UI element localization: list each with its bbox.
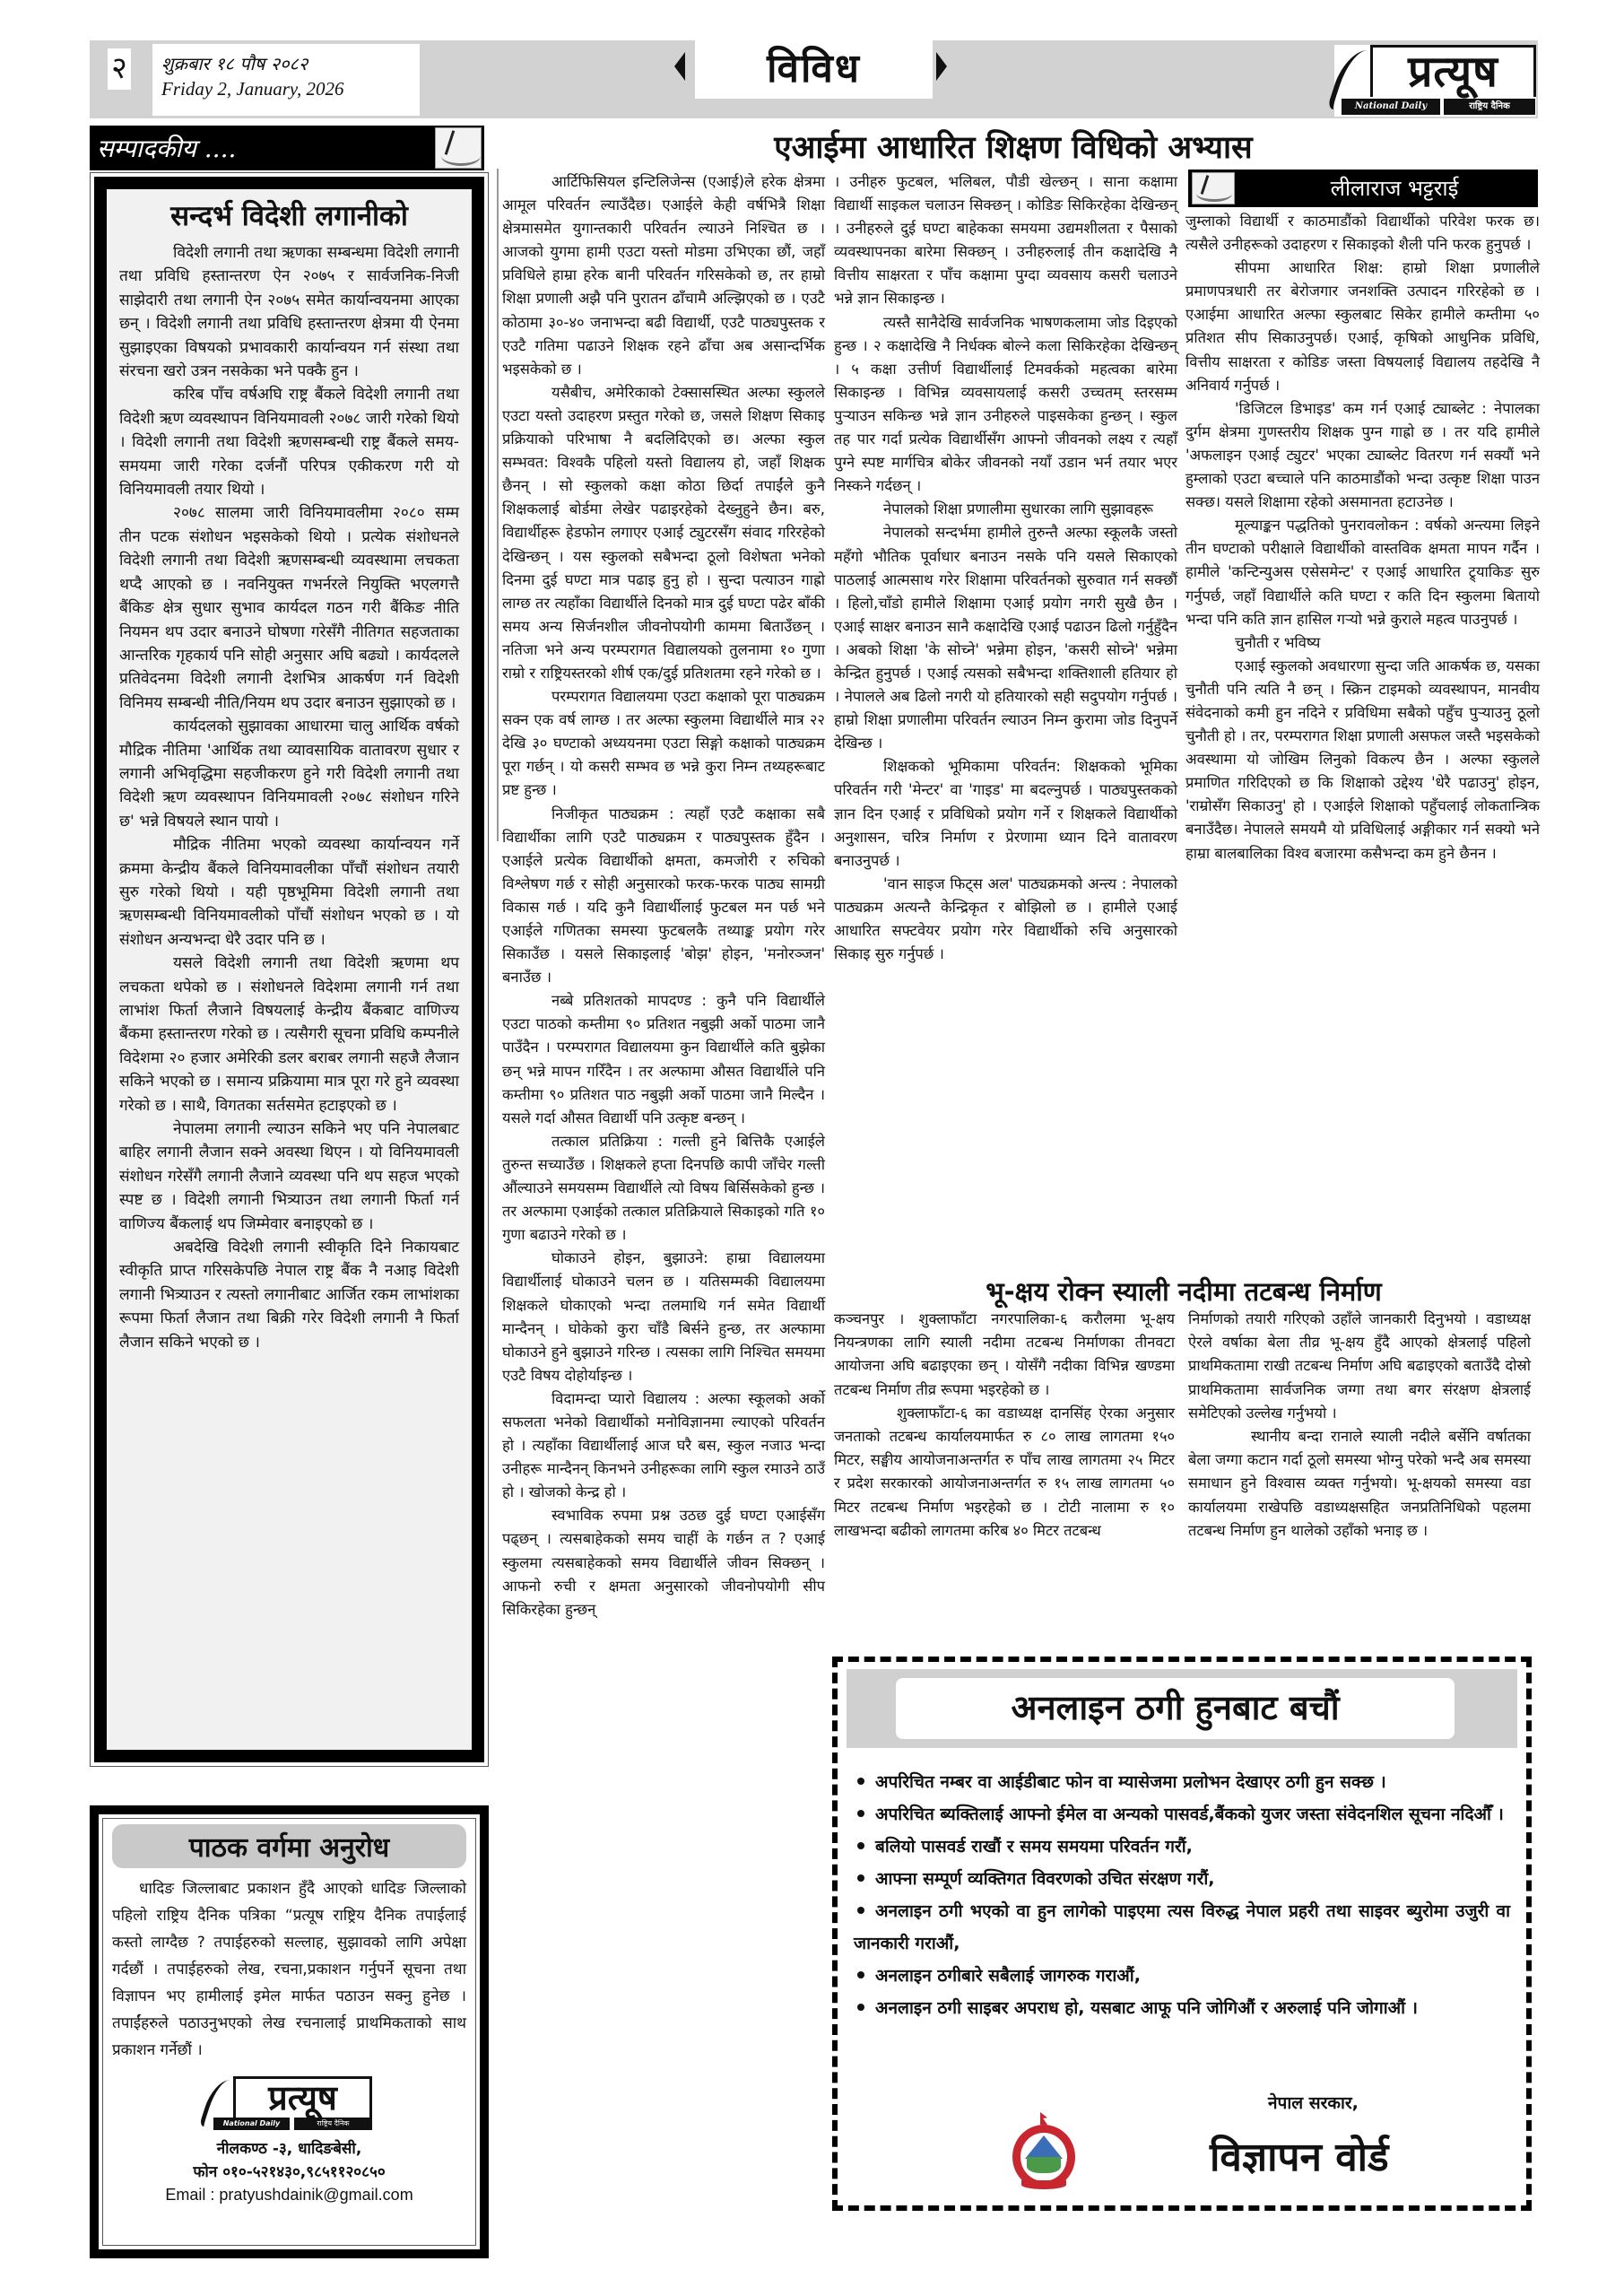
- article-paragraph: शिक्षकको भूमिकामा परिवर्तन: शिक्षकको भूम…: [834, 755, 1177, 872]
- ad-gov-label: नेपाल सरकार,: [1268, 2091, 1359, 2114]
- reader-request-box: पाठक वर्गमा अनुरोध धादिङ जिल्लाबाट प्रका…: [90, 1805, 489, 2258]
- article-column-2: । उनीहरु फुटबल, भलिबल, पौडी खेल्छन् । सा…: [834, 170, 1177, 966]
- ad-tip: अनलाइन ठगी भएको वा हुन लागेको पाइएमा त्य…: [854, 1895, 1510, 1960]
- date-nepali: शुक्रबार १८ पौष २०८२: [161, 51, 411, 76]
- arrow-left-icon: [674, 52, 685, 81]
- ad-tip: अनलाइन ठगीबारे सबैलाई जागरुक गराऔं,: [854, 1960, 1510, 1992]
- bullet-icon: [857, 2004, 864, 2011]
- logo-tag-nepali: राष्ट्रिय दैनिक: [1444, 99, 1535, 115]
- editorial-paragraph: मौद्रिक नीतिमा भएको व्यवस्था कार्यान्वयन…: [119, 833, 459, 952]
- editorial-paragraph: यसले विदेशी लगानी तथा विदेशी ऋणमा थप लचक…: [119, 952, 459, 1118]
- reader-request-title: पाठक वर्गमा अनुरोध: [112, 1824, 466, 1868]
- article-paragraph: सीपमा आधारित शिक्ष: हाम्रो शिक्षा प्रणाल…: [1185, 257, 1540, 397]
- logo-tag-english: National Daily: [1342, 99, 1440, 115]
- ad-tip: आफ्ना सम्पूर्ण व्यक्तिगत विवरणको उचित सं…: [854, 1863, 1510, 1895]
- article-paragraph: निजीकृत पाठ्यक्रम : त्यहाँ एउटै कक्षाका …: [502, 803, 825, 990]
- arrow-right-icon: [936, 52, 947, 81]
- ad-tip: बलियो पासवर्ड राखौं र समय समयमा परिवर्तन…: [854, 1831, 1510, 1863]
- bullet-icon: [857, 1810, 864, 1817]
- editorial-box: सन्दर्भ विदेशी लगानीको विदेशी लगानी तथा …: [90, 172, 489, 1767]
- page-number: २: [108, 48, 131, 90]
- article-paragraph: निर्माणको तयारी गरिएको उहाँले जानकारी दि…: [1188, 1308, 1531, 1425]
- ad-title: अनलाइन ठगी हुनबाट बचौं: [896, 1678, 1455, 1739]
- date-english: Friday 2, January, 2026: [161, 76, 411, 101]
- column-divider: [497, 169, 499, 841]
- ad-board-label: विज्ञापन वोर्ड: [1210, 2128, 1389, 2182]
- article-subheading: नेपालको शिक्षा प्रणालीमा सुधारका लागि सु…: [834, 498, 1177, 521]
- article-paragraph: मूल्याङ्कन पद्धतिको पुनरावलोकन : वर्षको …: [1185, 514, 1540, 631]
- bullet-icon: [857, 1842, 864, 1849]
- bullet-icon: [857, 1778, 864, 1785]
- article-paragraph: । उनीहरु फुटबल, भलिबल, पौडी खेल्छन् । सा…: [834, 170, 1177, 311]
- pen-icon: [1192, 172, 1235, 204]
- section-title: विविध: [695, 40, 933, 98]
- ad-tip: अपरिचित ब्यक्तिलाई आफ्नो ईमेल वा अन्यको …: [854, 1798, 1510, 1831]
- river-article-column-1: कञ्चनपुर । शुक्लाफाँटा नगरपालिका-६ करौलम…: [834, 1308, 1175, 1543]
- editorial-body: विदेशी लगानी तथा ऋणका सम्बन्धमा विदेशी ल…: [119, 241, 459, 1354]
- river-article-column-2: निर्माणको तयारी गरिएको उहाँले जानकारी दि…: [1188, 1308, 1531, 1543]
- editorial-banner: सम्पादकीय ....: [90, 126, 484, 170]
- article-paragraph: घोकाउने होइन, बुझाउने: हाम्रा विद्यालयमा…: [502, 1247, 825, 1387]
- ad-tip: अनलाइन ठगी साइबर अपराध हो, यसबाट आफू पनि…: [854, 1992, 1510, 2024]
- article-paragraph: शुक्लाफाँटा-६ का वडाध्यक्ष दानसिंह ऐरका …: [834, 1402, 1175, 1543]
- logo-tag-english: National Daily: [213, 2118, 290, 2130]
- article-paragraph: 'वान साइज फिट्स अल' पाठ्यक्रमको अन्त्य :…: [834, 873, 1177, 966]
- article-paragraph: स्वभाविक रुपमा प्रश्न उठछ दुई घण्टा एआईस…: [502, 1504, 825, 1621]
- contact-address: नीलकण्ठ -३, धादिङबेसी,: [112, 2137, 466, 2161]
- advertisement-box: अनलाइन ठगी हुनबाट बचौं अपरिचित नम्बर वा …: [832, 1657, 1532, 2211]
- article-column-3: जुम्लाको विद्यार्थी र काठमाडौंको विद्यार…: [1185, 210, 1540, 865]
- editorial-title: सन्दर्भ विदेशी लगानीको: [119, 196, 459, 234]
- article-paragraph: यसैबीच, अमेरिकाको टेक्सासस्थित अल्फा स्क…: [502, 381, 825, 685]
- article-paragraph: 'डिजिटल डिभाइड' कम गर्न एआई ट्याब्लेट : …: [1185, 397, 1540, 514]
- logo-wordmark: प्रत्यूष: [1370, 45, 1536, 97]
- article-paragraph: त्यस्तै सानैदेखि सार्वजनिक भाषणकलामा जोड…: [834, 311, 1177, 499]
- article-paragraph: जुम्लाको विद्यार्थी र काठमाडौंको विद्यार…: [1185, 210, 1540, 257]
- editorial-label: सम्पादकीय ....: [97, 131, 236, 165]
- newspaper-logo: प्रत्यूष National Daily राष्ट्रिय दैनिक: [1334, 45, 1536, 117]
- article-paragraph: एआई स्कुलको अवधारणा सुन्दा जति आकर्षक छ,…: [1185, 655, 1540, 865]
- article-paragraph: कञ्चनपुर । शुक्लाफाँटा नगरपालिका-६ करौलम…: [834, 1308, 1175, 1402]
- logo-tag-nepali: राष्ट्रिय दैनिक: [294, 2118, 372, 2130]
- bullet-icon: [857, 1907, 864, 1914]
- river-article-headline: भू-क्षय रोक्न स्याली नदीमा तटबन्ध निर्मा…: [834, 1274, 1533, 1309]
- nepal-emblem-icon: [1012, 2112, 1075, 2195]
- article-paragraph: नब्बे प्रतिशतको मापदण्ड : कुनै पनि विद्य…: [502, 989, 825, 1130]
- author-byline: लीलाराज भट्टराई: [1188, 170, 1538, 207]
- editorial-paragraph: २०७८ सालमा जारी विनियमावलीमा २०८० सम्म त…: [119, 501, 459, 715]
- article-paragraph: आर्टिफिसियल इन्टिलिजेन्स (एआई)ले हरेक क्…: [502, 170, 825, 381]
- newspaper-logo-small: प्रत्यूष National Daily राष्ट्रिय दैनिक: [206, 2076, 372, 2132]
- editorial-paragraph: कार्यदलको सुझावका आधारमा चालु आर्थिक वर्…: [119, 715, 459, 833]
- ad-header: अनलाइन ठगी हुनबाट बचौं: [847, 1669, 1517, 1748]
- article-paragraph: परम्परागत विद्यालयमा एउटा कक्षाको पूरा प…: [502, 685, 825, 802]
- date-box: शुक्रबार १८ पौष २०८२ Friday 2, January, …: [152, 44, 420, 116]
- article-paragraph: तत्काल प्रतिक्रिया : गल्ती हुने बित्तिकै…: [502, 1130, 825, 1247]
- editorial-paragraph: अबदेखि विदेशी लगानी स्वीकृति दिने निकायब…: [119, 1236, 459, 1354]
- article-subheading: चुनौती र भविष्य: [1185, 631, 1540, 655]
- author-name: लीलाराज भट्टराई: [1251, 170, 1538, 207]
- reader-request-body: धादिङ जिल्लाबाट प्रकाशन हुँदै आएको धादिङ…: [112, 1875, 466, 2064]
- ad-tips-list: अपरिचित नम्बर वा आईडीबाट फोन वा म्यासेजम…: [854, 1766, 1510, 2024]
- editorial-paragraph: नेपालमा लगानी ल्याउन सकिने भए पनि नेपालब…: [119, 1118, 459, 1236]
- pen-icon: [435, 127, 482, 169]
- editorial-paragraph: करिब पाँच वर्षअघि राष्ट्र बैंकले विदेशी …: [119, 383, 459, 501]
- editorial-paragraph: विदेशी लगानी तथा ऋणका सम्बन्धमा विदेशी ल…: [119, 241, 459, 383]
- ad-tip: अपरिचित नम्बर वा आईडीबाट फोन वा म्यासेजम…: [854, 1766, 1510, 1798]
- article-paragraph: स्थानीय बन्दा रानाले स्याली नदीले बर्सेन…: [1188, 1425, 1531, 1543]
- article-headline: एआईमा आधारित शिक्षण विधिको अभ्यास: [498, 126, 1529, 168]
- article-paragraph: नेपालको सन्दर्भमा हामीले तुरुन्तै अल्फा …: [834, 521, 1177, 755]
- article-paragraph: विदामन्दा प्यारो विद्यालय : अल्फा स्कूलक…: [502, 1387, 825, 1504]
- article-column-1: आर्टिफिसियल इन्टिलिजेन्स (एआई)ले हरेक क्…: [502, 170, 825, 1622]
- section-title-box: विविध: [695, 40, 933, 99]
- bullet-icon: [857, 1971, 864, 1979]
- bullet-icon: [857, 1874, 864, 1882]
- logo-wordmark: प्रत्यूष: [233, 2076, 372, 2118]
- contact-email[interactable]: Email : pratyushdainik@gmail.com: [112, 2184, 466, 2205]
- contact-phone: फोन ०१०-५२१४३०,९८५११२०८५०: [112, 2161, 466, 2184]
